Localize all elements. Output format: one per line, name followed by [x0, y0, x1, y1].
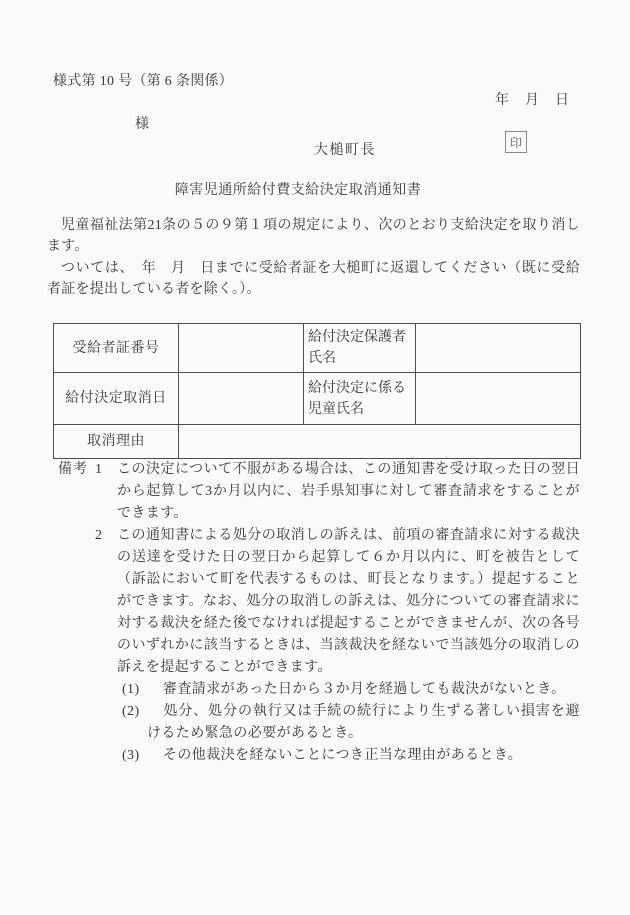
document-page: 様式第 10 号（第 6 条関係） 年 月 日 様 大槌町長 印 障害児通所給付…	[0, 0, 630, 915]
remark-item-2-number: 2	[95, 525, 117, 547]
remark-subitem-2-number: (2)	[122, 701, 163, 723]
body-paragraph-2: ついては、 年 月 日までに受給者証を大槌町に返還してください（既に受給者証を提…	[47, 258, 580, 301]
addressee-honorific: 様	[135, 113, 149, 133]
guardian-name-value	[416, 324, 581, 373]
cancellation-date-label: 給付決定取消日	[54, 373, 179, 425]
remarks-label: 備考	[58, 459, 88, 481]
remark-subitem-1-text: 審査請求があった日から３か月を経過しても裁決がないとき。	[163, 682, 566, 697]
remark-item-1-text: この決定について不服がある場合は、この通知書を受け取った日の翌日から起算して3か…	[117, 462, 580, 521]
table-row: 取消理由	[54, 425, 581, 459]
child-name-label: 給付決定に係る児童氏名	[304, 373, 416, 425]
remark-subitem-1: (1)審査請求があった日から３か月を経過しても裁決がないとき。	[147, 679, 580, 701]
issue-date-line: 年 月 日	[495, 89, 570, 109]
remark-item-2: 2この通知書による処分の取消しの訴えは、前項の審査請求に対する裁決の送達を受けた…	[95, 525, 580, 679]
remark-subitem-3: (3)その他裁決を経ないことにつき正当な理由があるとき。	[147, 745, 580, 767]
recipient-cert-number-value	[179, 324, 304, 373]
remark-subitem-2-text: 処分、処分の執行又は手続の続行により生ずる著しい損害を避けるため緊急の必要がある…	[147, 704, 580, 741]
remark-item-1-number: 1	[95, 459, 117, 481]
remark-item-2-text: この通知書による処分の取消しの訴えは、前項の審査請求に対する裁決の送達を受けた日…	[117, 528, 580, 675]
recipient-table: 受給者証番号 給付決定保護者氏名 給付決定取消日 給付決定に係る児童氏名 取消理…	[53, 323, 581, 459]
remark-subitem-1-number: (1)	[122, 679, 163, 701]
seal-box: 印	[505, 131, 527, 153]
body-paragraph-1: 児童福祉法第21条の５の９第１項の規定により、次のとおり支給決定を取り消します。	[47, 215, 580, 258]
cancellation-reason-label: 取消理由	[54, 425, 179, 459]
cancellation-reason-value	[179, 425, 581, 459]
table-row: 受給者証番号 給付決定保護者氏名	[54, 324, 581, 373]
recipient-cert-number-label: 受給者証番号	[54, 324, 179, 373]
document-title: 障害児通所給付費支給決定取消通知書	[0, 179, 596, 199]
remark-subitem-3-number: (3)	[122, 745, 163, 767]
remarks-section: 備考 1この決定について不服がある場合は、この通知書を受け取った日の翌日から起算…	[58, 459, 580, 767]
table-row: 給付決定取消日 給付決定に係る児童氏名	[54, 373, 581, 425]
remark-subitem-3-text: その他裁決を経ないことにつき正当な理由があるとき。	[163, 748, 522, 763]
child-name-value	[416, 373, 581, 425]
body-text: 児童福祉法第21条の５の９第１項の規定により、次のとおり支給決定を取り消します。…	[47, 215, 580, 301]
remark-subitem-2: (2)処分、処分の執行又は手続の続行により生ずる著しい損害を避けるため緊急の必要…	[147, 701, 580, 745]
cancellation-date-value	[179, 373, 304, 425]
guardian-name-label: 給付決定保護者氏名	[304, 324, 416, 373]
seal-character: 印	[510, 134, 522, 151]
remark-item-1: 1この決定について不服がある場合は、この通知書を受け取った日の翌日から起算して3…	[95, 459, 580, 525]
issuer-title: 大槌町長	[314, 139, 376, 159]
form-number-label: 様式第 10 号（第 6 条関係）	[53, 70, 233, 90]
